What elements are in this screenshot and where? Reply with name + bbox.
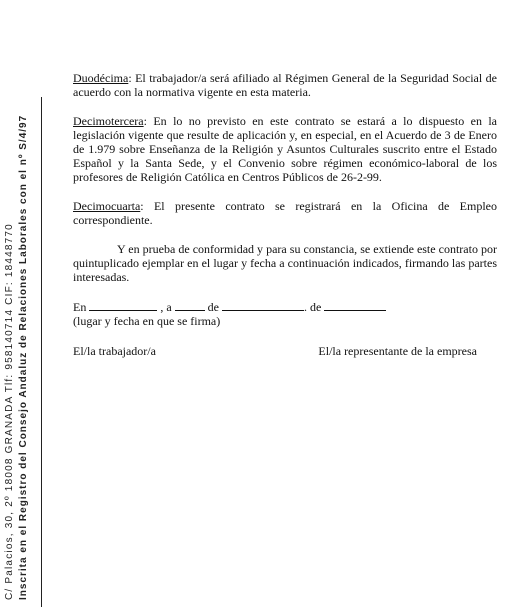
clause-decimotercera: Decimotercera: En lo no previsto en este… <box>73 114 497 184</box>
company-address: C/ Palacios, 30, 2º 18008 GRANADA Tlf: 9… <box>4 223 15 600</box>
worker-signature-label: El/la trabajador/a <box>73 344 156 358</box>
label-de: de <box>208 300 219 314</box>
date-note: (lugar y fecha en que se firma) <box>73 314 497 328</box>
clause-heading: Decimocuarta <box>73 199 140 213</box>
place-blank <box>89 299 157 311</box>
clause-text: : El trabajador/a será afiliado al Régim… <box>73 71 497 99</box>
label-a: , a <box>160 300 171 314</box>
month-blank <box>222 299 304 311</box>
contract-page: Duodécima: El trabajador/a será afiliado… <box>73 71 497 358</box>
company-signature-label: El/la representante de la empresa <box>318 344 477 358</box>
closing-statement: Y en prueba de conformidad y para su con… <box>73 242 497 284</box>
margin-rule <box>41 97 42 607</box>
clause-heading: Decimotercera <box>73 114 144 128</box>
signature-block: El/la trabajador/a El/la representante d… <box>73 344 497 358</box>
year-blank <box>324 299 386 311</box>
label-en: En <box>73 300 86 314</box>
day-blank <box>175 299 205 311</box>
clause-duodecima: Duodécima: El trabajador/a será afiliado… <box>73 71 497 99</box>
date-line: En , a de . de <box>73 299 497 314</box>
clause-decimocuarta: Decimocuarta: El presente contrato se re… <box>73 199 497 227</box>
label-de-year: . de <box>304 300 321 314</box>
clause-heading: Duodécima <box>73 71 128 85</box>
registry-note: Inscrita en el Registro del Consejo Anda… <box>18 115 29 600</box>
